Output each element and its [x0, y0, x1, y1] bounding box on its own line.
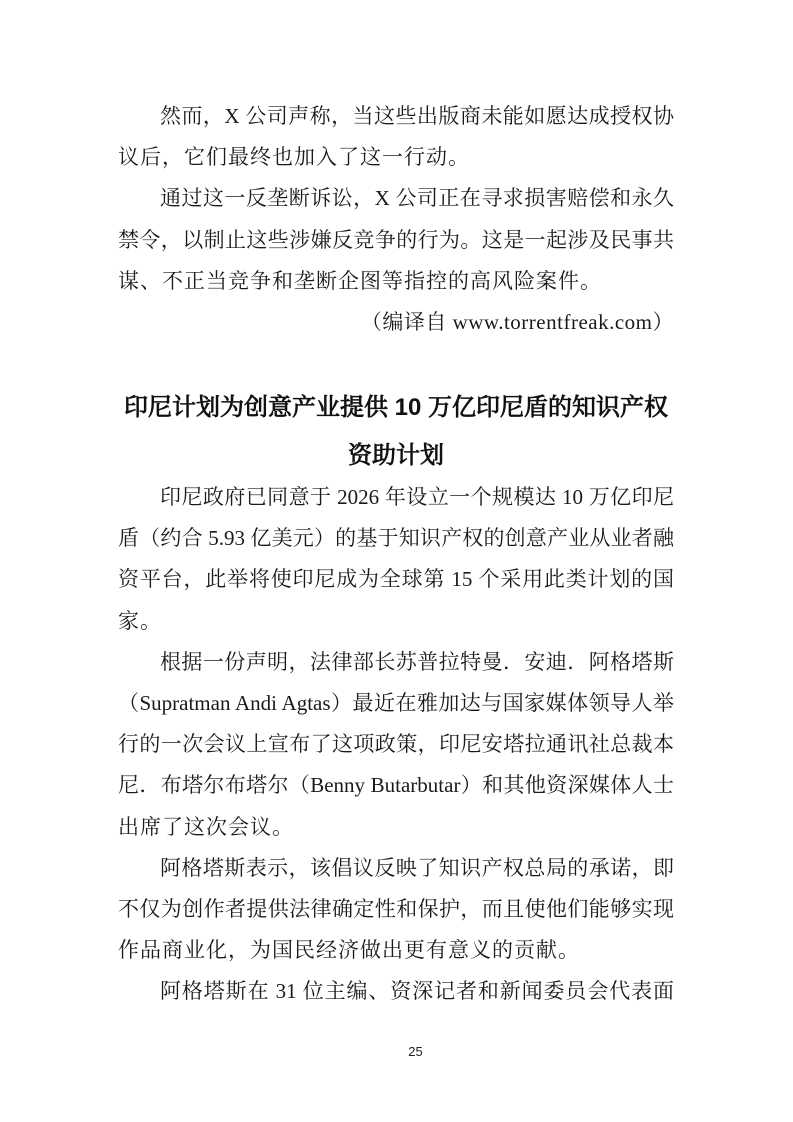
document-page: 然而，X 公司声称，当这些出版商未能如愿达成授权协 议后，它们最终也加入了这一行…	[0, 0, 793, 1122]
body-line: 谋、不正当竞争和垄断企图等指控的高风险案件。	[118, 261, 674, 302]
body-line: 根据一份声明，法律部长苏普拉特曼．安迪．阿格塔斯	[118, 642, 674, 683]
body-line: 尼．布塔尔布塔尔（Benny Butarbutar）和其他资深媒体人士	[118, 765, 674, 806]
body-line: 然而，X 公司声称，当这些出版商未能如愿达成授权协	[118, 96, 674, 137]
article2-title: 印尼计划为创意产业提供 10 万亿印尼盾的知识产权 资助计划	[110, 384, 682, 480]
body-line: 不仅为创作者提供法律确定性和保护，而且使他们能够实现	[118, 889, 674, 930]
body-line: 阿格塔斯表示，该倡议反映了知识产权总局的承诺，即	[118, 848, 674, 889]
body-line: 通过这一反垄断诉讼，X 公司正在寻求损害赔偿和永久	[118, 178, 674, 219]
body-line: 行的一次会议上宣布了这项政策，印尼安塔拉通讯社总裁本	[118, 724, 674, 765]
body-line: 阿格塔斯在 31 位主编、资深记者和新闻委员会代表面	[118, 971, 674, 1012]
body-line: 资平台，此举将使印尼成为全球第 15 个采用此类计划的国	[118, 559, 674, 600]
body-line: 印尼政府已同意于 2026 年设立一个规模达 10 万亿印尼	[118, 477, 674, 518]
article2-title-line1: 印尼计划为创意产业提供 10 万亿印尼盾的知识产权	[110, 384, 682, 432]
body-line: 议后，它们最终也加入了这一行动。	[118, 137, 674, 178]
body-line: 作品商业化，为国民经济做出更有意义的贡献。	[118, 930, 674, 971]
body-line: 出席了这次会议。	[118, 807, 674, 848]
page-number: 25	[0, 1044, 793, 1059]
article2-title-line2: 资助计划	[110, 432, 682, 480]
article2-body: 印尼政府已同意于 2026 年设立一个规模达 10 万亿印尼 盾（约合 5.93…	[118, 477, 674, 1012]
body-line: 家。	[118, 601, 674, 642]
body-line: （Supratman Andi Agtas）最近在雅加达与国家媒体领导人举	[118, 683, 674, 724]
body-line: 禁令，以制止这些涉嫌反竞争的行为。这是一起涉及民事共	[118, 220, 674, 261]
attribution-line: （编译自 www.torrentfreak.com）	[118, 302, 674, 343]
article1-body: 然而，X 公司声称，当这些出版商未能如愿达成授权协 议后，它们最终也加入了这一行…	[118, 96, 674, 343]
body-line: 盾（约合 5.93 亿美元）的基于知识产权的创意产业从业者融	[118, 518, 674, 559]
